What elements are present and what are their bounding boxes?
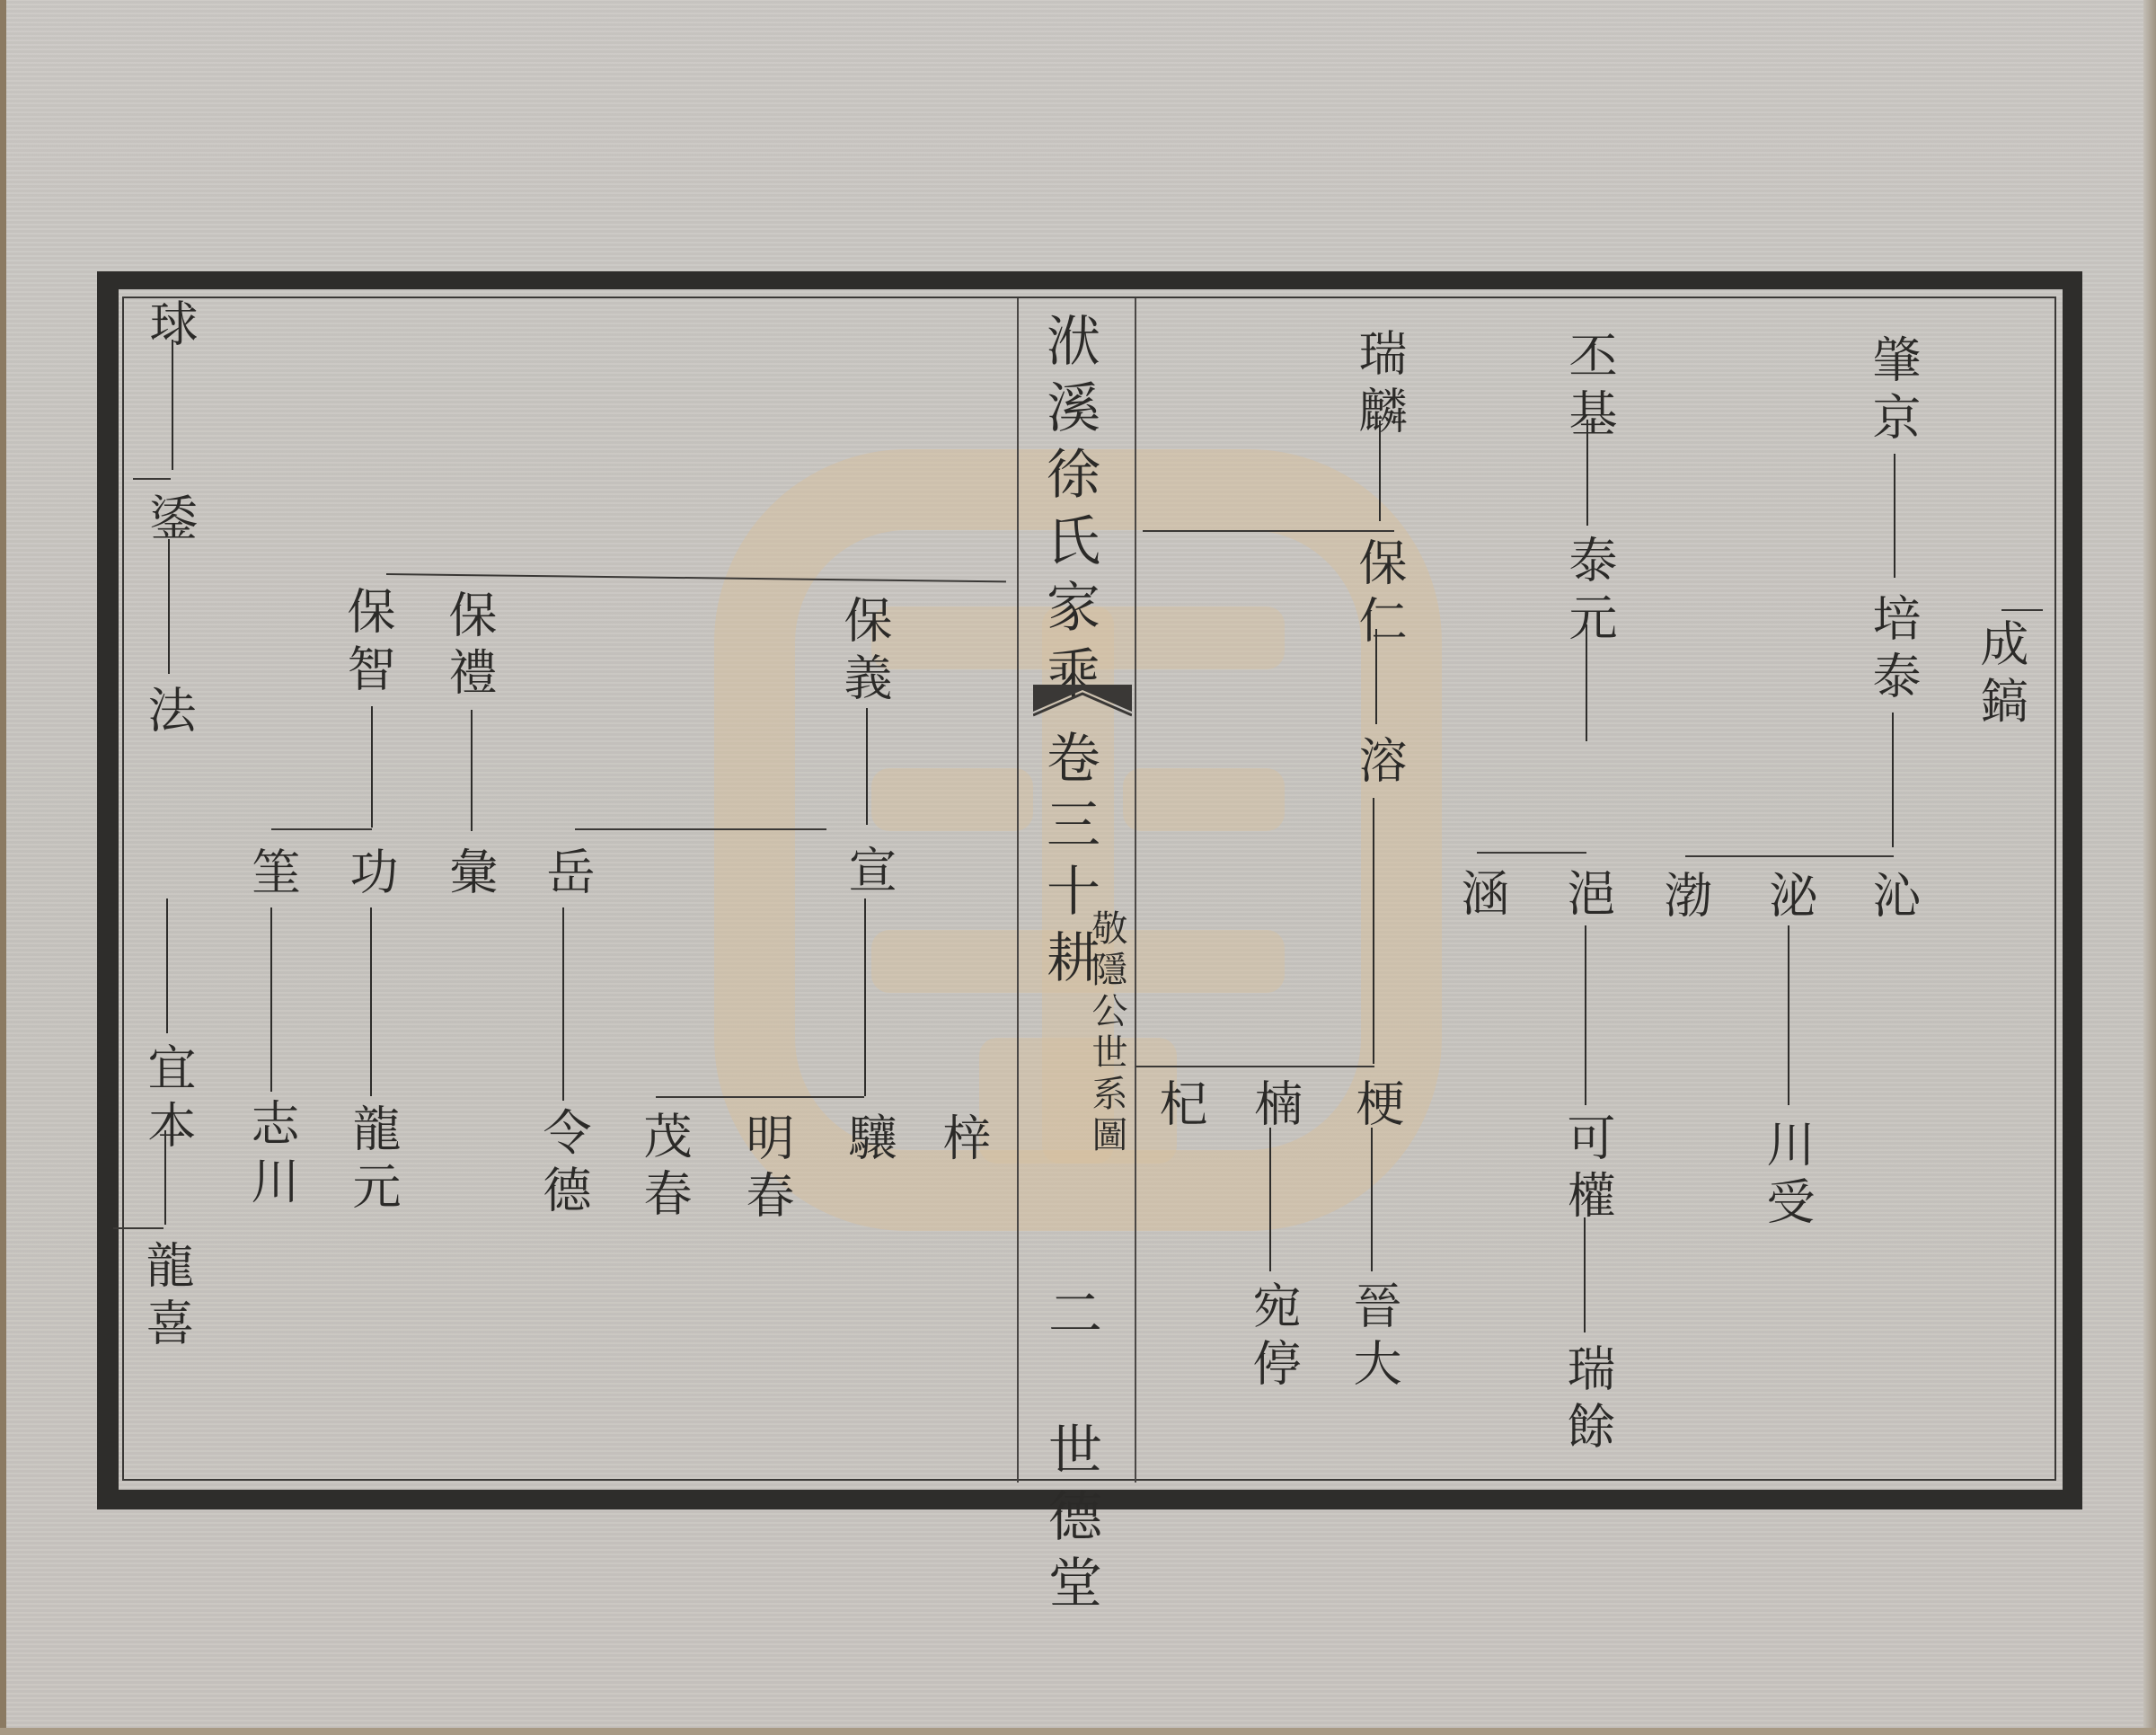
connector (1788, 925, 1789, 1105)
connector (371, 706, 373, 828)
connector (1143, 530, 1394, 532)
connector (133, 478, 171, 480)
name-piji: 丕基 (1565, 331, 1613, 446)
connector (864, 898, 866, 1096)
connector (1585, 925, 1586, 1105)
name-guan: 筀 (248, 846, 296, 904)
name-baoli: 保禮 (445, 589, 493, 704)
name-ruiyu: 瑞餘 (1563, 1343, 1612, 1458)
name-yiben: 宜本 (144, 1042, 192, 1157)
connector (370, 907, 372, 1096)
name-rong: 溶 (1355, 735, 1403, 792)
name-longxi: 龍喜 (142, 1240, 190, 1355)
page-edge-right (2143, 0, 2156, 1735)
book-title: 洑溪徐氏家乘 (1042, 313, 1096, 712)
name-mingchun: 明春 (742, 1112, 791, 1227)
name-zi: 梓 (939, 1112, 987, 1170)
name-taiyuan: 泰元 (1565, 535, 1613, 650)
name-geng: 梗 (1352, 1078, 1401, 1136)
connector (1375, 629, 1377, 724)
name-qi: 杞 (1155, 1078, 1204, 1136)
connector (656, 1096, 864, 1098)
name-qiu: 球 (146, 298, 194, 356)
name-wu: 鋈 (146, 492, 194, 550)
connector (271, 828, 372, 830)
name-gong: 功 (346, 846, 394, 904)
name-bi: 泌 (1765, 870, 1814, 927)
connector (1586, 420, 1588, 526)
name-bo: 渤 (1660, 870, 1709, 927)
name-longyuan: 龍元 (349, 1103, 397, 1218)
name-xuan: 宣 (844, 845, 893, 902)
name-baozhi: 保智 (343, 586, 392, 701)
page-number: 二 (1044, 1285, 1098, 1351)
name-baoyi: 保義 (840, 595, 888, 710)
connector (866, 708, 868, 825)
connector (1586, 624, 1587, 741)
connector (1584, 1217, 1586, 1332)
name-yi: 浥 (1563, 868, 1612, 925)
connector (113, 1227, 163, 1229)
connector (166, 898, 168, 1033)
name-maochun: 茂春 (640, 1111, 688, 1226)
name-chenggao: 成鎬 (1976, 618, 2025, 733)
name-zhichuan: 志川 (247, 1098, 296, 1213)
connector (1135, 1066, 1374, 1067)
name-wanting: 宛停 (1249, 1280, 1297, 1395)
name-han: 涵 (1457, 868, 1506, 925)
connector (1894, 454, 1895, 578)
connector (1685, 855, 1894, 857)
connector (1379, 420, 1381, 521)
name-peitai: 培泰 (1869, 593, 1917, 708)
connector (1477, 852, 1586, 854)
name-qin: 沁 (1869, 870, 1917, 927)
connector (471, 710, 473, 831)
spine-line-left (1017, 298, 1019, 1483)
hall-name: 世德堂 (1044, 1421, 1098, 1621)
connector (1269, 1128, 1271, 1271)
section-label: 敬隱公世系圖 (1089, 909, 1125, 1157)
name-yue: 岳 (543, 846, 591, 904)
connector (1373, 798, 1374, 1064)
name-zhaojing: 肇京 (1869, 334, 1917, 449)
name-jinda: 晉大 (1349, 1280, 1398, 1395)
name-xiang: 驤 (844, 1112, 893, 1170)
connector (172, 340, 173, 470)
connector (1371, 1128, 1373, 1271)
connector (2001, 609, 2043, 611)
fishtail-ornament-icon (1033, 685, 1132, 717)
name-baoren: 保仁 (1355, 537, 1403, 652)
connector (562, 907, 564, 1101)
connector (575, 828, 826, 830)
document-page: 洑溪徐氏家乘 卷三十耕 敬隱公世系圖 二 世德堂 成鎬 肇京 培泰 沁 泌 渤 … (0, 0, 2156, 1735)
page-edge-left (0, 0, 6, 1735)
name-fa: 法 (144, 685, 192, 742)
connector (270, 907, 272, 1092)
name-lingde: 令德 (539, 1107, 588, 1222)
name-hui: 彙 (446, 846, 494, 904)
connector (168, 539, 170, 674)
name-chuanshou: 川受 (1763, 1119, 1811, 1234)
name-nan: 楠 (1250, 1078, 1299, 1136)
spine-line-right (1135, 298, 1136, 1483)
page-edge-bottom (0, 1728, 2156, 1735)
connector (164, 1130, 166, 1225)
name-kequan: 可權 (1563, 1112, 1612, 1227)
connector (1892, 713, 1894, 847)
